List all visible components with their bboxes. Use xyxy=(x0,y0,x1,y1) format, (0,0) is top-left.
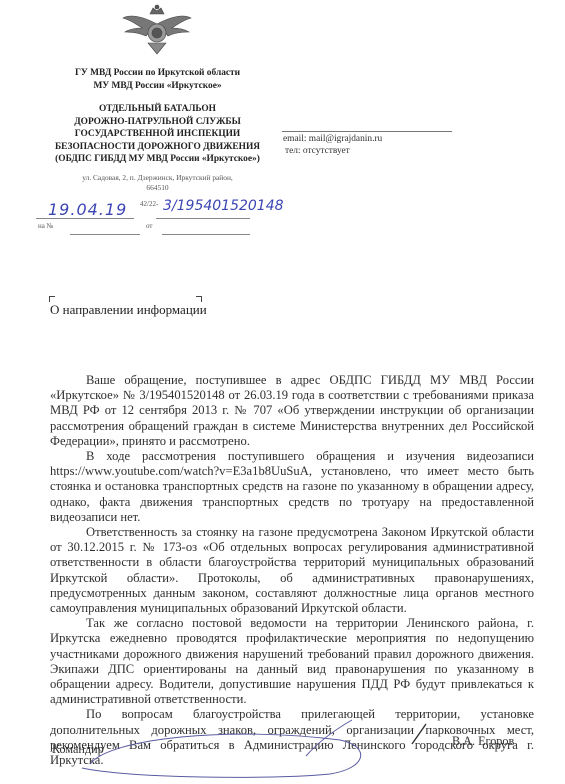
body-paragraph: В ходе рассмотрения поступившего обращен… xyxy=(50,449,534,525)
org-line: ГОСУДАРСТВЕННОЙ ИНСПЕКЦИИ xyxy=(10,128,305,141)
from-underline xyxy=(162,234,250,235)
signature-stroke-icon xyxy=(410,722,430,746)
subject-line: О направлении информации xyxy=(50,302,207,318)
org-header-unit: ОТДЕЛЬНЫЙ БАТАЛЬОН ДОРОЖНО-ПАТРУЛЬНОЙ СЛ… xyxy=(10,103,305,166)
org-line: (ОБДПС ГИБДД МУ МВД России «Иркутское») xyxy=(10,153,305,166)
org-line: МУ МВД России «Иркутское» xyxy=(10,80,305,93)
address-line: ул. Садовая, 2, п. Дзержинск, Иркутский … xyxy=(10,173,305,183)
recipient-divider xyxy=(282,131,452,132)
registration-date: 19.04.19 xyxy=(48,200,127,219)
date-underline xyxy=(36,218,134,219)
org-header-primary: ГУ МВД России по Иркутской области МУ МВ… xyxy=(10,67,305,92)
org-line: ОТДЕЛЬНЫЙ БАТАЛЬОН xyxy=(10,103,305,116)
number-underline xyxy=(156,218,250,219)
body-paragraph: Ваше обращение, поступившее в адрес ОБДП… xyxy=(50,373,534,449)
ref-label: на № xyxy=(38,222,53,230)
recipient-email: email: mail@igrajdanin.ru xyxy=(283,133,382,145)
registration-number: 3/195401520148 xyxy=(163,198,284,214)
signature-scribble-icon xyxy=(70,718,370,778)
mvd-emblem-icon xyxy=(122,2,192,56)
ref-underline xyxy=(70,234,140,235)
from-label: от xyxy=(146,222,152,230)
registration-number-prefix: 42/22- xyxy=(140,200,158,208)
org-line: ДОРОЖНО-ПАТРУЛЬНОЙ СЛУЖБЫ xyxy=(10,116,305,129)
recipient-phone: тел: отсутствует xyxy=(283,145,382,157)
letter-body: Ваше обращение, поступившее в адрес ОБДП… xyxy=(50,373,534,768)
recipient-contact: email: mail@igrajdanin.ru тел: отсутству… xyxy=(283,133,382,157)
body-paragraph: Ответственность за стоянку на газоне пре… xyxy=(50,525,534,616)
signatory-name: В.А. Егоров xyxy=(452,734,514,749)
body-paragraph: Так же согласно постовой ведомости на те… xyxy=(50,616,534,707)
org-address: ул. Садовая, 2, п. Дзержинск, Иркутский … xyxy=(10,173,305,193)
org-line: ГУ МВД России по Иркутской области xyxy=(10,67,305,80)
postal-code: 664510 xyxy=(10,183,305,193)
org-line: БЕЗОПАСНОСТИ ДОРОЖНОГО ДВИЖЕНИЯ xyxy=(10,141,305,154)
